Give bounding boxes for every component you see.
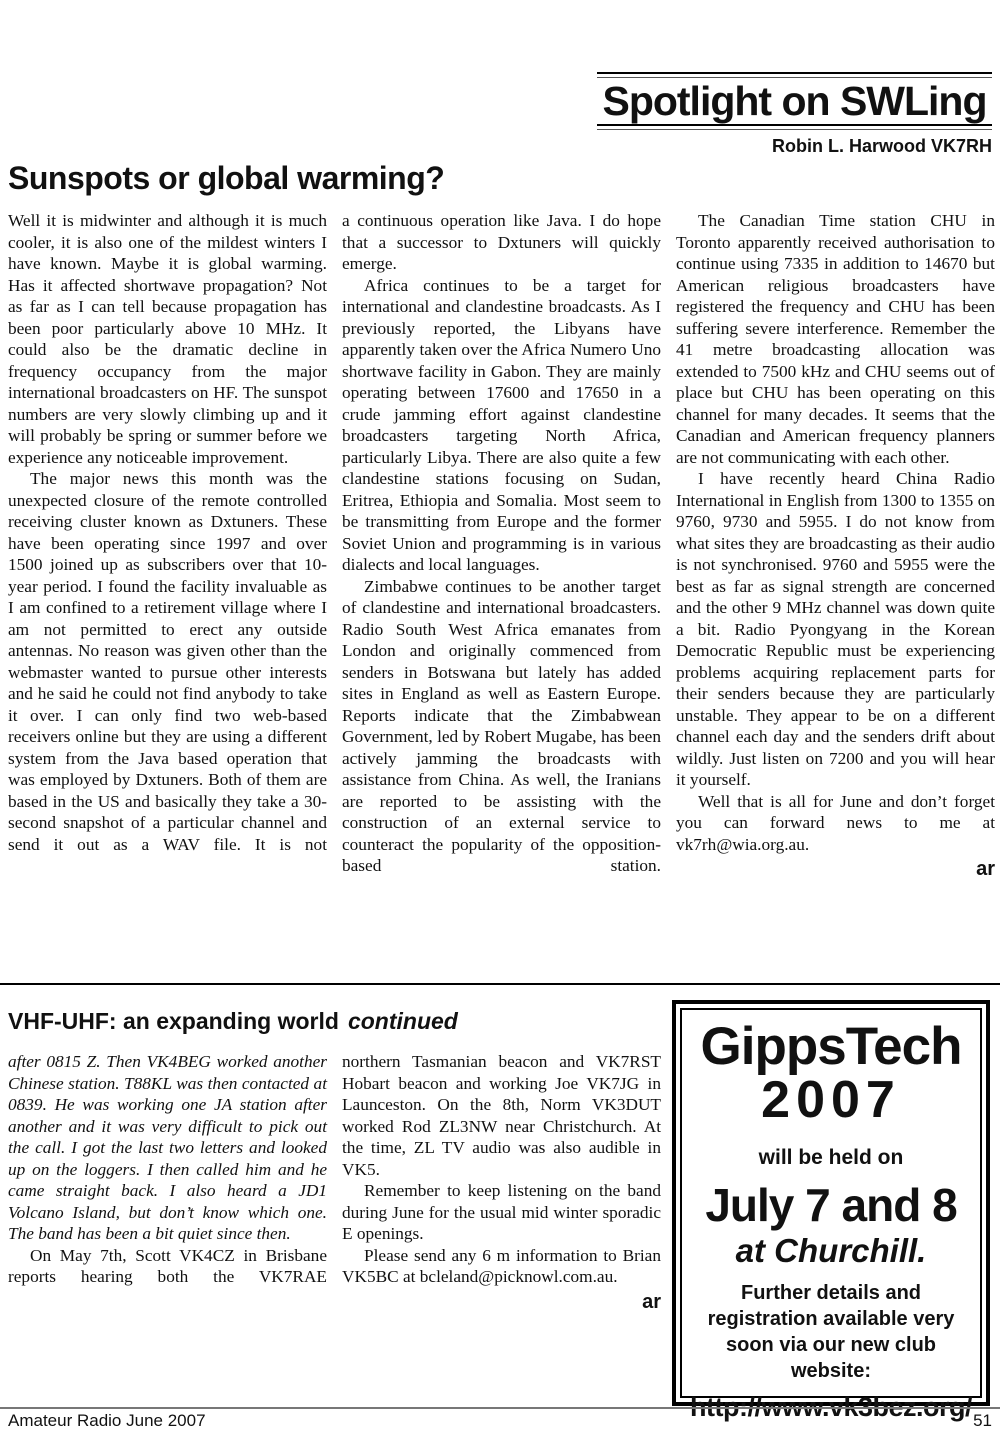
vhf-title-continued: continued [348, 1008, 458, 1034]
vhf-column-1: after 0815 Z. Then VK4BEG worked another… [8, 1051, 327, 1313]
paragraph: Well it is midwinter and although it is … [8, 210, 327, 468]
vhf-column-2: northern Tasmanian beacon and VK7RST Hob… [342, 1051, 661, 1313]
article-title: Sunspots or global warming? [8, 160, 444, 197]
vhf-body: after 0815 Z. Then VK4BEG worked another… [8, 1051, 661, 1313]
gippstech-ad-inner: GippsTech 2007 will be held on July 7 an… [680, 1008, 982, 1398]
footer-journal-title: Amateur Radio June 2007 [8, 1411, 206, 1431]
ad-held-on-text: will be held on [759, 1146, 904, 1170]
gippstech-ad-box: GippsTech 2007 will be held on July 7 an… [672, 1000, 990, 1406]
article-column-3: The Canadian Time station CHU in Toronto… [676, 210, 995, 881]
vhf-section-title: VHF-UHF: an expanding worldcontinued [8, 1008, 661, 1035]
ad-event-place: at Churchill. [736, 1232, 927, 1270]
paragraph: a continuous operation like Java. I do h… [342, 210, 661, 275]
footer-page-number: 51 [973, 1411, 992, 1431]
column-title: Spotlight on SWLing [597, 78, 992, 124]
paragraph: On May 7th, Scott VK4CZ in Brisbane repo… [8, 1245, 327, 1288]
vhf-title-text: VHF-UHF: an expanding world [8, 1008, 339, 1034]
vhf-uhf-section: VHF-UHF: an expanding worldcontinued aft… [8, 1008, 661, 1313]
ad-details-text: Further details and registration availab… [686, 1280, 976, 1384]
footer-rule [0, 1407, 1000, 1409]
article-body: Well it is midwinter and although it is … [8, 210, 995, 881]
vhf-end-mark: ar [342, 1292, 661, 1314]
paragraph: I have recently heard China Radio Intern… [676, 468, 995, 791]
paragraph: The Canadian Time station CHU in Toronto… [676, 210, 995, 468]
header-bottom-rule [597, 124, 992, 130]
ad-event-date: July 7 and 8 [705, 1182, 956, 1228]
paragraph: Zimbabwe continues to be another target … [342, 576, 661, 877]
paragraph: Well that is all for June and don’t forg… [676, 791, 995, 856]
paragraph: northern Tasmanian beacon and VK7RST Hob… [342, 1051, 661, 1180]
page-footer: Amateur Radio June 2007 51 [8, 1411, 992, 1431]
paragraph: Remember to keep listening on the band d… [342, 1180, 661, 1245]
paragraph: Africa continues to be a target for inte… [342, 275, 661, 576]
author-byline: Robin L. Harwood VK7RH [597, 136, 992, 157]
article-column-1: Well it is midwinter and although it is … [8, 210, 327, 881]
article-column-2: a continuous operation like Java. I do h… [342, 210, 661, 881]
paragraph: after 0815 Z. Then VK4BEG worked another… [8, 1051, 327, 1245]
paragraph: Please send any 6 m information to Brian… [342, 1245, 661, 1288]
magazine-page: Spotlight on SWLing Robin L. Harwood VK7… [0, 0, 1000, 1436]
ad-event-name: GippsTech [701, 1020, 962, 1073]
section-divider-rule [0, 983, 1000, 985]
article-end-mark: ar [676, 859, 995, 881]
ad-event-year: 2007 [761, 1073, 901, 1128]
column-header: Spotlight on SWLing Robin L. Harwood VK7… [597, 72, 992, 157]
paragraph: The major news this month was the unexpe… [8, 468, 327, 855]
